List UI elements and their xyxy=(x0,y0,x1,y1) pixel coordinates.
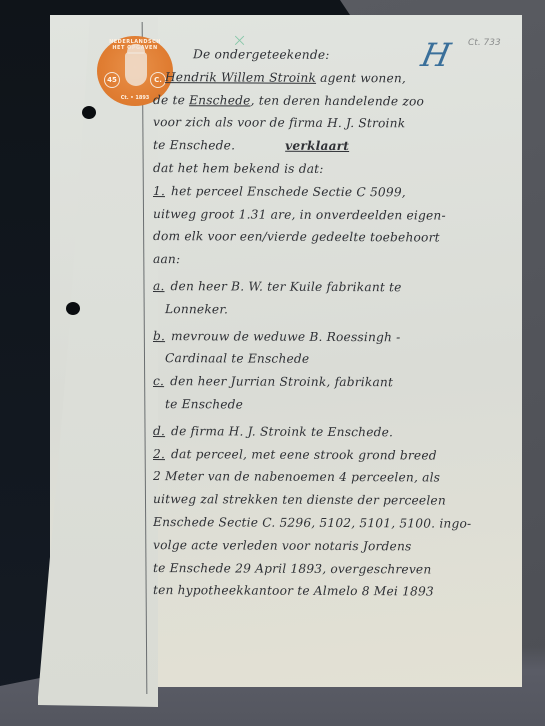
text-line: aan: xyxy=(153,248,525,273)
lettered-item: c.den heer Jurrian Stroink, fabrikant xyxy=(153,370,525,395)
text-line: ten hypotheekkantoor te Almelo 8 Mei 189… xyxy=(153,579,525,604)
line-text: agent wonen, xyxy=(316,71,406,85)
item-label: a. xyxy=(153,279,165,293)
line-text: , ten deren handelende zoo xyxy=(251,93,425,108)
numbered-item: 2.dat perceel, met eene strook grond bre… xyxy=(153,443,525,468)
line-text: mevrouw de weduwe B. Roessingh - xyxy=(171,329,400,344)
text-line: Hendrik Willem Stroink agent wonen, xyxy=(153,66,525,91)
text-line: Lonneker. xyxy=(153,298,525,323)
lettered-item: a.den heer B. W. ter Kuile fabrikant te xyxy=(153,275,525,300)
text-line: 2 Meter van de nabenoemen 4 perceelen, a… xyxy=(153,465,525,490)
text-line: de te Enschede, ten deren handelende zoo xyxy=(153,89,525,114)
declarant-name: Hendrik Willem Stroink xyxy=(165,70,316,85)
numbered-item: 1.het perceel Enschede Sectie C 5099, xyxy=(153,180,525,205)
line-text: het perceel Enschede Sectie C 5099, xyxy=(171,184,406,199)
item-label: 1. xyxy=(153,184,165,198)
line-text: den heer B. W. ter Kuile fabrikant te xyxy=(171,279,402,294)
text-line: Enschede Sectie C. 5296, 5102, 5101, 510… xyxy=(153,511,525,536)
text-line: dom elk voor een/vierde gedeelte toebeho… xyxy=(153,225,525,250)
text-line: te Enschede.verklaart xyxy=(153,134,525,159)
text-line: volge acte verleden voor notaris Jordens xyxy=(153,534,525,559)
lettered-item: d.de firma H. J. Stroink te Enschede. xyxy=(153,420,525,445)
line-text: de firma H. J. Stroink te Enschede. xyxy=(171,424,393,439)
line-text: den heer Jurrian Stroink, fabrikant xyxy=(170,374,393,389)
text-line: te Enschede 29 April 1893, overgeschreve… xyxy=(153,557,525,582)
coat-of-arms-icon xyxy=(125,52,147,86)
text-line: uitweg groot 1.31 are, in onverdeelden e… xyxy=(153,203,525,228)
place-name: Enschede xyxy=(189,93,251,107)
text-line: voor zich als voor de firma H. J. Stroin… xyxy=(153,111,525,136)
text-line: te Enschede xyxy=(153,393,525,418)
stamp-value-left: 45 xyxy=(104,72,120,88)
text-line: uitweg zal strekken ten dienste der perc… xyxy=(153,488,525,513)
item-label: d. xyxy=(153,424,165,438)
text-line: dat het hem bekend is dat: xyxy=(153,157,525,182)
punch-hole xyxy=(82,106,96,119)
item-label: b. xyxy=(153,329,165,343)
handwritten-body: De ondergeteekende: Hendrik Willem Stroi… xyxy=(153,44,525,603)
item-label: c. xyxy=(153,374,164,388)
line-text: te Enschede. xyxy=(153,138,235,152)
punch-hole xyxy=(66,302,80,315)
line-text: dat perceel, met eene strook grond breed xyxy=(171,447,437,462)
heading: De ondergeteekende: xyxy=(153,43,525,68)
line-text: de te xyxy=(153,93,189,107)
declares-keyword: verklaart xyxy=(285,139,349,153)
item-label: 2. xyxy=(153,447,165,461)
text-line: Cardinaal te Enschede xyxy=(153,347,525,372)
lettered-item: b.mevrouw de weduwe B. Roessingh - xyxy=(153,325,525,350)
